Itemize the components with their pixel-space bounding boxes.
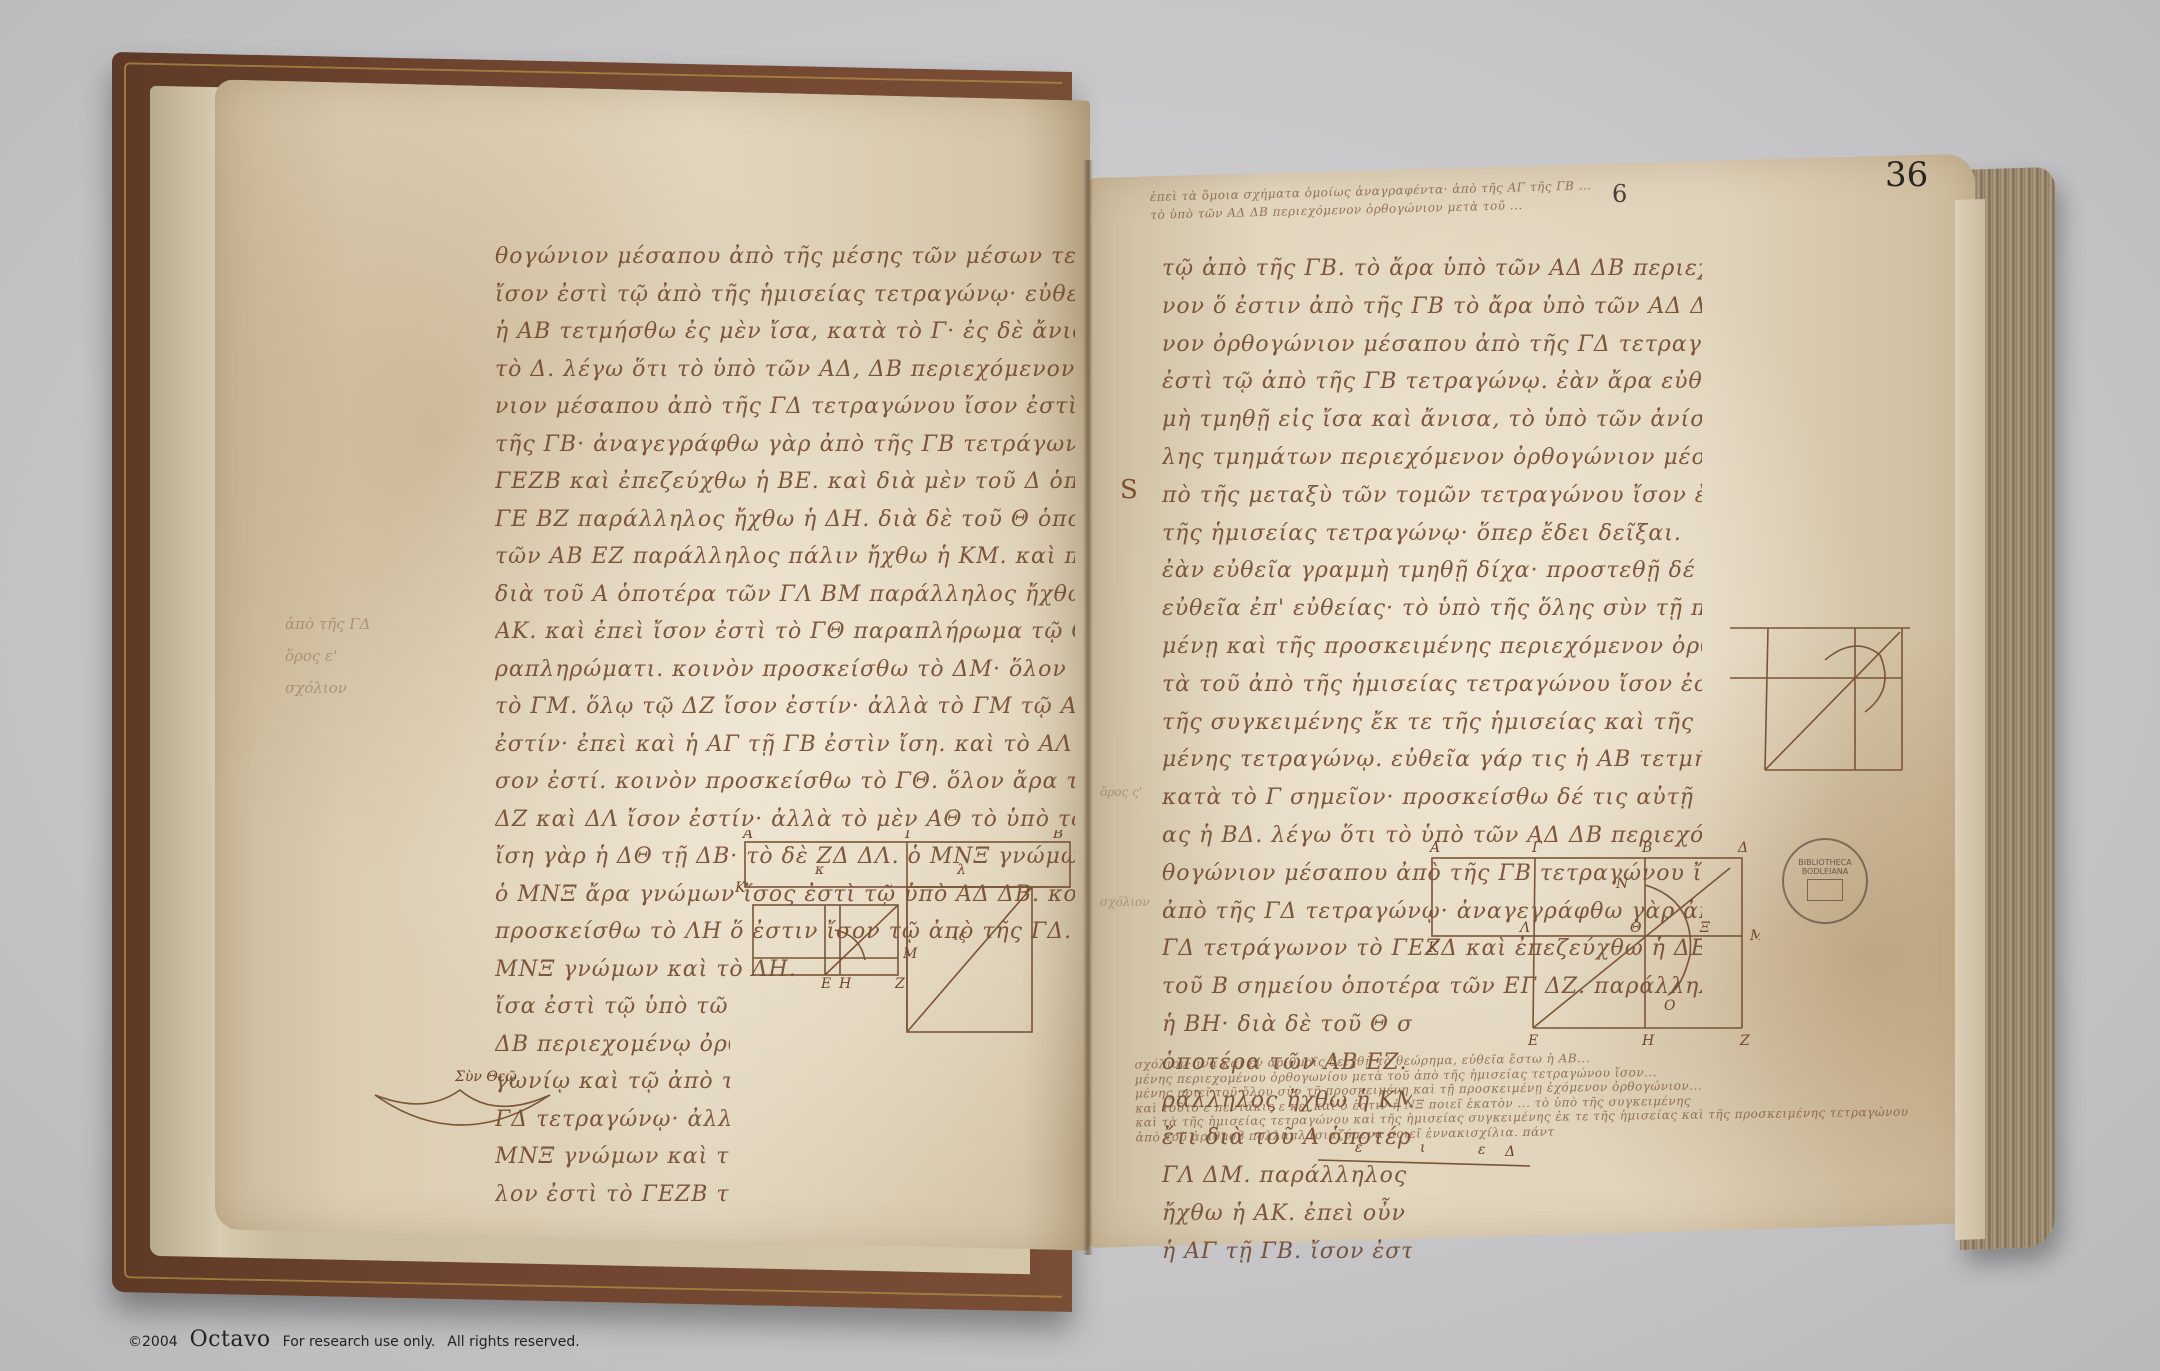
manuscript-line: ΑΚ. καὶ ἐπεὶ ἴσον ἐστὶ τὸ ΓΘ παραπλήρωμα… [495, 613, 1075, 651]
svg-text:Ζ: Ζ [894, 976, 905, 992]
svg-text:λ: λ [956, 862, 966, 878]
margin-note: ὅρος ε' [285, 647, 475, 665]
left-margin-notes: ἀπὸ τῆς ΓΔ ὅρος ε' σχόλιον [285, 615, 475, 697]
svg-text:Δ: Δ [1504, 1144, 1515, 1160]
diagram-label: Α [741, 830, 753, 842]
svg-text:Δ: Δ [1737, 840, 1748, 856]
left-geometric-diagram: Α Γ Β Κ κ λ ιϛ Ε Η Ζ Μ [735, 830, 1075, 1050]
svg-text:Β: Β [1052, 830, 1063, 842]
usage-notice: For research use only. [283, 1334, 436, 1350]
page-edge-inner [1955, 199, 1985, 1240]
manuscript-line: ΓΕΖΒ καὶ ἐπεζεύχθω ἡ ΒΕ. καὶ διὰ μὲν τοῦ… [495, 463, 1075, 501]
manuscript-line: τῆς ἡμισείας τετραγώνῳ· ὅπερ ἔδει δεῖξαι… [1162, 515, 1702, 553]
manuscript-line: ἡ ΑΒ τετμήσθω ἐς μὲν ἴσα, κατὰ τὸ Γ· ἐς … [495, 313, 1075, 351]
manuscript-line: τῷ ἀπὸ τῆς ΓΒ. τὸ ἄρα ὑπὸ τῶν ΑΔ ΔΒ περι… [1162, 250, 1702, 288]
manuscript-line: ἴσον ἐστὶ τῷ ἀπὸ τῆς ἡμισείας τετραγώνῳ·… [495, 276, 1075, 314]
svg-text:Β: Β [1641, 840, 1652, 856]
manuscript-line: ἴσα ἐστὶ τῷ ὑπὸ τῶν ΑΔ [495, 988, 730, 1026]
copyright-caption: ©2004 Octavo For research use only. All … [128, 1327, 580, 1352]
manuscript-line: θογώνιον μέσαπου ἀπὸ τῆς μέσης τῶν μέσων… [495, 238, 1075, 276]
manuscript-line: ἐστὶ τῷ ἀπὸ τῆς ΓΒ τετραγώνῳ. ἐὰν ἄρα εὐ… [1162, 363, 1702, 401]
margin-note: σχόλιον [285, 679, 475, 697]
number-line-figure: ε ι ε Δ [1310, 1140, 1550, 1200]
manuscript-line: τὸ ΓΜ. ὅλῳ τῷ ΔΖ ἴσον ἐστίν· ἀλλὰ τὸ ΓΜ … [495, 688, 1075, 726]
manuscript-line: σον ἐστί. κοινὸν προσκείσθω τὸ ΓΘ. ὅλον … [495, 763, 1075, 801]
manuscript-line: τὰ τοῦ ἀπὸ τῆς ἡμισείας τετραγώνου ἴσον … [1162, 666, 1702, 704]
manuscript-line: κατὰ τὸ Γ σημεῖον· προσκείσθω δέ τις αὐτ… [1162, 779, 1702, 817]
manuscript-line: διὰ τοῦ Α ὁποτέρα τῶν ΓΛ ΒΜ παράλληλος ἤ… [495, 576, 1075, 614]
svg-text:Γ: Γ [1531, 840, 1543, 856]
svg-text:ι: ι [1420, 1140, 1426, 1156]
copyright-year: ©2004 [128, 1334, 178, 1350]
svg-text:Α: Α [1428, 840, 1440, 856]
svg-text:Ο: Ο [1664, 998, 1676, 1014]
stamp-book-icon [1807, 879, 1843, 901]
manuscript-line: εὐθεῖα ἐπ' εὐθείας· τὸ ὑπὸ τῆς ὅλης σὺν … [1162, 590, 1702, 628]
svg-text:Ε: Ε [820, 976, 831, 992]
manuscript-line: ΓΕ ΒΖ παράλληλος ἤχθω ἡ ΔΗ. διὰ δὲ τοῦ Θ… [495, 501, 1075, 539]
svg-text:Μ: Μ [1749, 928, 1760, 944]
svg-text:Ξ: Ξ [1699, 920, 1710, 936]
manuscript-line: ἐστίν· ἐπεὶ καὶ ἡ ΑΓ τῇ ΓΒ ἐστὶν ἴση. κα… [495, 726, 1075, 764]
svg-text:ε: ε [1355, 1140, 1363, 1156]
svg-text:Γ: Γ [904, 830, 916, 842]
svg-text:Ν: Ν [1615, 876, 1629, 892]
manuscript-line: μὴ τμηθῇ εἰς ἴσα καὶ ἄνισα, τὸ ὑπὸ τῶν ἀ… [1162, 401, 1702, 439]
svg-text:Ε: Ε [1527, 1033, 1538, 1049]
svg-text:Λ: Λ [1518, 920, 1530, 936]
rights-notice: All rights reserved. [447, 1334, 579, 1350]
svg-text:Η: Η [1641, 1033, 1655, 1049]
right-margin-note: ὅρος ς' [1100, 785, 1142, 799]
manuscript-line: ἡ ΑΓ τῇ ΓΒ. ἴσον ἐστὶ καὶ τὸ ΑΛ [1162, 1233, 1412, 1271]
svg-text:Θ: Θ [1630, 920, 1642, 936]
library-stamp: BIBLIOTHECA BODLEIANA [1782, 838, 1868, 924]
manuscript-line: πὸ τῆς μεταξὺ τῶν τομῶν τετραγώνου ἴσον … [1162, 477, 1702, 515]
publisher-brand: Octavo [190, 1327, 271, 1352]
manuscript-line: ἤχθω ἡ ΑΚ. ἐπεὶ οὖν ἴση ἐστὶν [1162, 1195, 1412, 1233]
manuscript-line: τῆς ΓΒ· ἀναγεγράφθω γὰρ ἀπὸ τῆς ΓΒ τετρά… [495, 426, 1075, 464]
colophon-flourish: Σὺν Θεῷ [365, 1045, 585, 1135]
manuscript-line: νον ὅ ἐστιν ἀπὸ τῆς ΓΒ τὸ ἄρα ὑπὸ τῶν ΑΔ… [1162, 288, 1702, 326]
right-geometric-diagram: Α Γ Β Δ Κ Λ Θ Ξ Μ Ν Ο Ε Η Ζ [1420, 840, 1760, 1070]
manuscript-line: λης τμημάτων περιεχόμενον ὀρθογώνιον μέσ… [1162, 439, 1702, 477]
scholia-lines: σχόλιον· ἵνα καὶ ἐν ἀριθμοῖς δειχθῇ τὸ θ… [1134, 1047, 1915, 1145]
right-margin-note: σχόλιον [1100, 895, 1150, 909]
folio-number: 36 [1885, 155, 1928, 195]
manuscript-line: νιον μέσαπου ἀπὸ τῆς ΓΔ τετραγώνου ἴσον … [495, 388, 1075, 426]
svg-text:Ζ: Ζ [1739, 1033, 1750, 1049]
manuscript-line: ΜΝΞ γνώμων καὶ τὸ ΛΗ ὅ- [495, 1138, 730, 1176]
manuscript-line: ραπληρώματι. κοινὸν προσκείσθω τὸ ΔΜ· ὅλ… [495, 651, 1075, 689]
stamp-text: BIBLIOTHECA BODLEIANA [1790, 858, 1860, 876]
manuscript-line: ἐὰν εὐθεῖα γραμμὴ τμηθῇ δίχα· προστεθῇ δ… [1162, 552, 1702, 590]
manuscript-line: ἡ ΒΗ· διὰ δὲ τοῦ Θ σημείου [1162, 1006, 1412, 1044]
manuscript-line: τῶν ΑΒ ΕΖ παράλληλος πάλιν ἤχθω ἡ ΚΜ. κα… [495, 538, 1075, 576]
manuscript-line: νον ὀρθογώνιον μέσαπου ἀπὸ τῆς ΓΔ τετραγ… [1162, 326, 1702, 364]
svg-text:Κ: Κ [735, 880, 747, 896]
manuscript-line: λον ἐστὶ τὸ ΓΕΖΒ τετράγω- [495, 1176, 730, 1214]
right-page-scholia: σχόλιον· ἵνα καὶ ἐν ἀριθμοῖς δειχθῇ τὸ θ… [1134, 1047, 1915, 1145]
right-margin-diagram [1720, 610, 1920, 790]
margin-section-sign: S [1120, 475, 1138, 505]
manuscript-line: τὸ Δ. λέγω ὅτι τὸ ὑπὸ τῶν ΑΔ, ΔΒ περιεχό… [495, 351, 1075, 389]
svg-text:κ: κ [814, 862, 824, 878]
svg-text:Μ: Μ [902, 946, 918, 962]
svg-text:ε: ε [1478, 1142, 1486, 1158]
manuscript-line: μένης τετραγώνῳ. εὐθεῖα γάρ τις ἡ ΑΒ τετ… [1162, 741, 1702, 779]
manuscript-line: μένῃ καὶ τῆς προσκειμένης περιεχόμενον ὀ… [1162, 628, 1702, 666]
svg-text:Η: Η [838, 976, 852, 992]
book-gutter [1083, 160, 1093, 1255]
margin-note: ἀπὸ τῆς ΓΔ [285, 615, 475, 633]
svg-text:ιϛ: ιϛ [953, 928, 967, 944]
quire-mark: 6 [1612, 180, 1627, 208]
svg-text:Κ: Κ [1427, 940, 1440, 956]
svg-text:Σὺν Θεῷ: Σὺν Θεῷ [454, 1069, 517, 1085]
manuscript-line: τῆς συγκειμένης ἔκ τε τῆς ἡμισείας καὶ τ… [1162, 704, 1702, 742]
